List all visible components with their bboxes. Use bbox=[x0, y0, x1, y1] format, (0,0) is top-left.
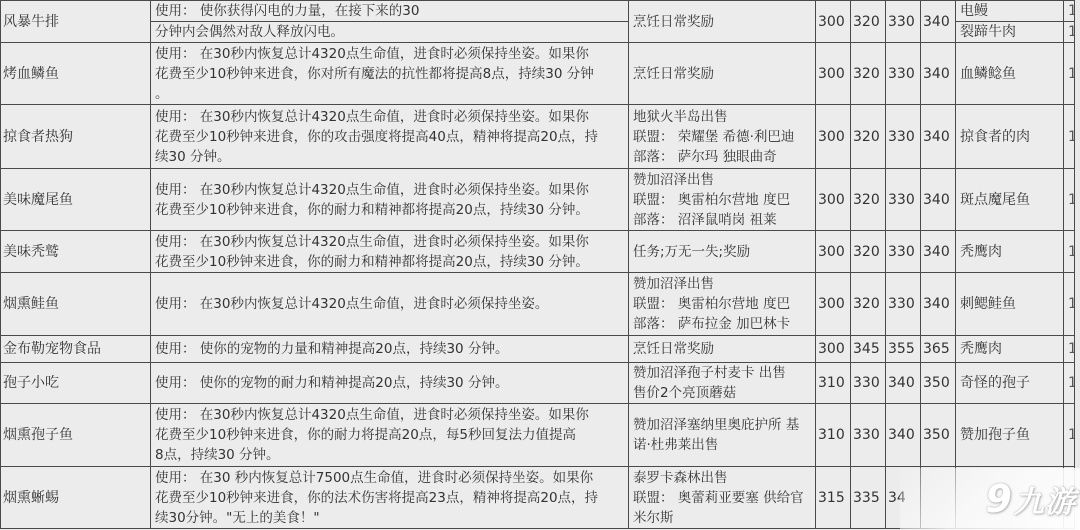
material-qty: 1 bbox=[1064, 43, 1075, 105]
source-line: 烹饪日常奖励 bbox=[633, 12, 813, 32]
skill-level-1: 320 bbox=[851, 105, 886, 169]
source-line: 烹饪日常奖励 bbox=[633, 339, 813, 359]
skill-level-1: 320 bbox=[851, 273, 886, 336]
description-line: 使用： 在30秒内恢复总计4320点生命值，进食时必须保持坐姿。 bbox=[155, 294, 626, 314]
skill-level-3: 340 bbox=[921, 43, 956, 105]
recipe-source: 任务;万无一失;奖励 bbox=[629, 231, 816, 273]
recipe-name: 烟熏孢子鱼 bbox=[1, 404, 151, 467]
skill-level-0: 300 bbox=[816, 43, 851, 105]
source-line: 部落： 沼泽鼠哨岗 祖莱 bbox=[633, 210, 813, 230]
table-row: 烟熏鲑鱼使用： 在30秒内恢复总计4320点生命值，进食时必须保持坐姿。赞加沼泽… bbox=[1, 273, 1075, 336]
skill-level-1: 345 bbox=[851, 336, 886, 363]
material-name: 奇怪的孢子 bbox=[956, 363, 1064, 404]
recipe-description-cont: 分钟内会偶然对敌人释放闪电。 bbox=[151, 22, 629, 43]
skill-level-0: 300 bbox=[816, 231, 851, 273]
material-qty: 1 bbox=[1064, 336, 1075, 363]
recipe-description: 使用： 在30秒内恢复总计4320点生命值，进食时必须保持坐姿。如果你花费至少1… bbox=[151, 105, 629, 169]
recipe-name: 金布勒宠物食品 bbox=[1, 336, 151, 363]
skill-level-0: 310 bbox=[816, 404, 851, 467]
material-name: 秃鹰肉 bbox=[956, 336, 1064, 363]
source-line: 联盟： 奥雷柏尔营地 度巴 bbox=[633, 190, 813, 210]
recipe-description: 使用： 在30 秒内恢复总计7500点生命值，进食时必须保持坐姿。如果你花费至少… bbox=[151, 467, 629, 529]
source-line: 烹饪日常奖励 bbox=[633, 64, 813, 84]
material-qty: 1 bbox=[1064, 22, 1075, 43]
description-line: 使用： 在30秒内恢复总计4320点生命值，进食时必须保持坐姿。如果你 bbox=[155, 180, 626, 200]
recipe-name: 美味秃鹫 bbox=[1, 231, 151, 273]
recipe-source: 烹饪日常奖励 bbox=[629, 1, 816, 43]
recipe-source: 烹饪日常奖励 bbox=[629, 43, 816, 105]
skill-level-0: 300 bbox=[816, 336, 851, 363]
skill-level-2: 330 bbox=[886, 43, 921, 105]
recipe-source: 地狱火半岛出售联盟： 荣耀堡 希德·利巴迪部落： 萨尔玛 独眼曲奇 bbox=[629, 105, 816, 169]
material-qty: 1 bbox=[1064, 1, 1075, 22]
material-name: 裂蹄牛肉 bbox=[956, 22, 1064, 43]
recipe-description: 使用： 使你获得闪电的力量，在接下来的30 bbox=[151, 1, 629, 22]
table-row: 美味魔尾鱼使用： 在30秒内恢复总计4320点生命值，进食时必须保持坐姿。如果你… bbox=[1, 169, 1075, 231]
skill-level-2: 330 bbox=[886, 1, 921, 43]
material-qty: 1 bbox=[1064, 169, 1075, 231]
material-name: 电鳗 bbox=[956, 1, 1064, 22]
table-row: 孢子小吃使用： 使你的宠物的耐力和精神提高20点，持续30 分钟。赞加沼泽孢子村… bbox=[1, 363, 1075, 404]
skill-level-1: 320 bbox=[851, 1, 886, 43]
skill-level-0: 300 bbox=[816, 169, 851, 231]
source-line: 赞加沼泽孢子村麦卡 出售 bbox=[633, 363, 813, 383]
table-row: 掠食者热狗使用： 在30秒内恢复总计4320点生命值，进食时必须保持坐姿。如果你… bbox=[1, 105, 1075, 169]
skill-level-2: 355 bbox=[886, 336, 921, 363]
recipe-source: 赞加沼泽出售联盟： 奥雷柏尔营地 度巴部落： 沼泽鼠哨岗 祖莱 bbox=[629, 169, 816, 231]
material-name: 秃鹰肉 bbox=[956, 231, 1064, 273]
recipe-table: 风暴牛排使用： 使你获得闪电的力量，在接下来的30烹饪日常奖励300320330… bbox=[0, 0, 1075, 529]
skill-level-0: 300 bbox=[816, 1, 851, 43]
material-qty: 1 bbox=[1064, 404, 1075, 467]
description-line: 花费至少10秒钟来进食，你的耐力和精神都将提高20点，持续30 分钟。 bbox=[155, 252, 626, 272]
source-line: 联盟： 奥雷柏尔营地 度巴 bbox=[633, 294, 813, 314]
source-line: 部落： 萨尔玛 独眼曲奇 bbox=[633, 147, 813, 167]
description-line: 使用： 使你的宠物的力量和精神提高20点，持续30 分钟。 bbox=[155, 339, 626, 359]
skill-level-3: 340 bbox=[921, 169, 956, 231]
skill-level-3: 340 bbox=[921, 273, 956, 336]
description-line: 使用： 在30秒内恢复总计4320点生命值，进食时必须保持坐姿。如果你 bbox=[155, 107, 626, 127]
recipe-name: 烤血鳞鱼 bbox=[1, 43, 151, 105]
material-name: 掠食者的肉 bbox=[956, 105, 1064, 169]
material-name: 斑点魔尾鱼 bbox=[956, 169, 1064, 231]
skill-level-2: 330 bbox=[886, 105, 921, 169]
recipe-name: 美味魔尾鱼 bbox=[1, 169, 151, 231]
skill-level-3: 350 bbox=[921, 363, 956, 404]
source-line: 泰罗卡森林出售 bbox=[633, 468, 813, 488]
description-line: 使用： 在30秒内恢复总计4320点生命值，进食时必须保持坐姿。如果你 bbox=[155, 44, 626, 64]
material-name: 刺鳃鲑鱼 bbox=[956, 273, 1064, 336]
description-line: 使用： 使你的宠物的耐力和精神提高20点，持续30 分钟。 bbox=[155, 373, 626, 393]
skill-level-0: 315 bbox=[816, 467, 851, 529]
source-line: 赞加沼泽塞纳里奥庇护所 基 bbox=[633, 415, 813, 435]
recipe-name: 孢子小吃 bbox=[1, 363, 151, 404]
recipe-description: 使用： 在30秒内恢复总计4320点生命值，进食时必须保持坐姿。如果你花费至少1… bbox=[151, 231, 629, 273]
recipe-source: 赞加沼泽孢子村麦卡 出售售价2个亮顶蘑菇 bbox=[629, 363, 816, 404]
description-line: 使用： 在30 秒内恢复总计7500点生命值，进食时必须保持坐姿。如果你 bbox=[155, 468, 626, 488]
recipe-name: 掠食者热狗 bbox=[1, 105, 151, 169]
description-line: 续30 分钟。 bbox=[155, 147, 626, 167]
description-line: 使用： 在30秒内恢复总计4320点生命值，进食时必须保持坐姿。如果你 bbox=[155, 232, 626, 252]
recipe-description: 使用： 在30秒内恢复总计4320点生命值，进食时必须保持坐姿。如果你花费至少1… bbox=[151, 404, 629, 467]
description-line: 8点，持续30 分钟。 bbox=[155, 445, 626, 465]
skill-level-3: 340 bbox=[921, 105, 956, 169]
description-line: 花费至少10秒钟来进食，你的耐力将提高20点，每5秒回复法力值提高 bbox=[155, 425, 626, 445]
material-name: 血鳞鲶鱼 bbox=[956, 43, 1064, 105]
source-line: 任务;万无一失;奖励 bbox=[633, 242, 813, 262]
recipe-name: 烟熏蜥蜴 bbox=[1, 467, 151, 529]
material-name: 赞加孢子鱼 bbox=[956, 404, 1064, 467]
skill-level-3: 340 bbox=[921, 231, 956, 273]
skill-level-2: 330 bbox=[886, 169, 921, 231]
table-row: 烤血鳞鱼使用： 在30秒内恢复总计4320点生命值，进食时必须保持坐姿。如果你花… bbox=[1, 43, 1075, 105]
description-line: 续30分钟。"无上的美食！" bbox=[155, 508, 626, 528]
material-qty: 1 bbox=[1064, 273, 1075, 336]
description-line: 花费至少10秒钟来进食，你对所有魔法的抗性都将提高8点，持续30 分钟 bbox=[155, 64, 626, 84]
source-line: 赞加沼泽出售 bbox=[633, 170, 813, 190]
recipe-source: 赞加沼泽塞纳里奥庇护所 基诺·杜弗莱出售 bbox=[629, 404, 816, 467]
description-line: 花费至少10秒钟来进食，你的法术伤害将提高23点，精神将提高20点，持 bbox=[155, 488, 626, 508]
source-line: 联盟： 奥蕾莉亚要塞 供给官 bbox=[633, 488, 813, 508]
description-line: 。 bbox=[155, 84, 626, 104]
table-row: 美味秃鹫使用： 在30秒内恢复总计4320点生命值，进食时必须保持坐姿。如果你花… bbox=[1, 231, 1075, 273]
recipe-description: 使用： 在30秒内恢复总计4320点生命值，进食时必须保持坐姿。如果你花费至少1… bbox=[151, 43, 629, 105]
table-row: 风暴牛排使用： 使你获得闪电的力量，在接下来的30烹饪日常奖励300320330… bbox=[1, 1, 1075, 22]
skill-level-0: 300 bbox=[816, 273, 851, 336]
source-line: 诺·杜弗莱出售 bbox=[633, 435, 813, 455]
skill-level-2: 330 bbox=[886, 231, 921, 273]
source-line: 售价2个亮顶蘑菇 bbox=[633, 383, 813, 403]
skill-level-2: 340 bbox=[886, 363, 921, 404]
table-row: 金布勒宠物食品使用： 使你的宠物的力量和精神提高20点，持续30 分钟。烹饪日常… bbox=[1, 336, 1075, 363]
description-line: 花费至少10秒钟来进食，你的攻击强度将提高40点，精神将提高20点，持 bbox=[155, 127, 626, 147]
source-line: 联盟： 荣耀堡 希德·利巴迪 bbox=[633, 127, 813, 147]
skill-level-1: 320 bbox=[851, 231, 886, 273]
skill-level-0: 300 bbox=[816, 105, 851, 169]
recipe-description: 使用： 使你的宠物的耐力和精神提高20点，持续30 分钟。 bbox=[151, 363, 629, 404]
skill-level-2: 330 bbox=[886, 273, 921, 336]
watermark-text: 九游 bbox=[1014, 477, 1076, 521]
skill-level-1: 330 bbox=[851, 363, 886, 404]
source-line: 部落： 萨布拉金 加巴林卡 bbox=[633, 314, 813, 334]
recipe-name: 风暴牛排 bbox=[1, 1, 151, 43]
skill-level-3: 340 bbox=[921, 1, 956, 43]
recipe-source: 泰罗卡森林出售联盟： 奥蕾莉亚要塞 供给官米尔斯 bbox=[629, 467, 816, 529]
skill-level-2: 340 bbox=[886, 404, 921, 467]
skill-level-3: 365 bbox=[921, 336, 956, 363]
source-line: 赞加沼泽出售 bbox=[633, 274, 813, 294]
table-row: 烟熏孢子鱼使用： 在30秒内恢复总计4320点生命值，进食时必须保持坐姿。如果你… bbox=[1, 404, 1075, 467]
watermark: 9 九游 bbox=[900, 468, 1080, 530]
description-line: 花费至少10秒钟来进食，你的耐力和精神都将提高20点，持续30 分钟。 bbox=[155, 200, 626, 220]
source-line: 地狱火半岛出售 bbox=[633, 107, 813, 127]
jiuyou-logo-icon: 9 bbox=[986, 477, 1012, 521]
skill-level-1: 330 bbox=[851, 404, 886, 467]
material-qty: 1 bbox=[1064, 105, 1075, 169]
description-line: 使用： 在30秒内恢复总计4320点生命值，进食时必须保持坐姿。如果你 bbox=[155, 405, 626, 425]
recipe-description: 使用： 在30秒内恢复总计4320点生命值，进食时必须保持坐姿。 bbox=[151, 273, 629, 336]
recipe-source: 赞加沼泽出售联盟： 奥雷柏尔营地 度巴部落： 萨布拉金 加巴林卡 bbox=[629, 273, 816, 336]
material-qty: 1 bbox=[1064, 363, 1075, 404]
recipe-description: 使用： 使你的宠物的力量和精神提高20点，持续30 分钟。 bbox=[151, 336, 629, 363]
recipe-source: 烹饪日常奖励 bbox=[629, 336, 816, 363]
skill-level-3: 350 bbox=[921, 404, 956, 467]
skill-level-1: 320 bbox=[851, 169, 886, 231]
skill-level-0: 310 bbox=[816, 363, 851, 404]
recipe-name: 烟熏鲑鱼 bbox=[1, 273, 151, 336]
recipe-description: 使用： 在30秒内恢复总计4320点生命值，进食时必须保持坐姿。如果你花费至少1… bbox=[151, 169, 629, 231]
material-qty: 1 bbox=[1064, 231, 1075, 273]
source-line: 米尔斯 bbox=[633, 508, 813, 528]
skill-level-1: 320 bbox=[851, 43, 886, 105]
skill-level-1: 335 bbox=[851, 467, 886, 529]
